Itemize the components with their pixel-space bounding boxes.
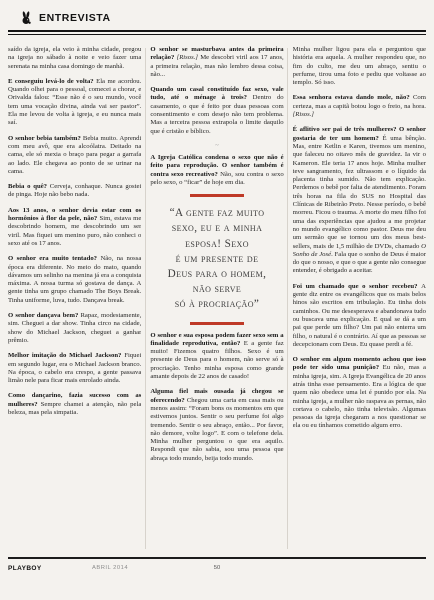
question-text: O senhor e sua esposa podem fazer sexo s… — [150, 332, 283, 347]
header-rule — [8, 30, 426, 35]
qa-paragraph: O senhor se masturbava antes da primeira… — [150, 46, 283, 79]
pull-quote-line: não serve — [152, 282, 281, 297]
article-columns: saído da igreja, ela veio à minha cidade… — [8, 46, 426, 551]
pull-quote-line: “A gente faz muito — [152, 206, 281, 221]
question-text: O senhor era muito tentado? — [8, 255, 100, 262]
column-divider — [145, 48, 146, 549]
qa-paragraph: Aos 13 anos, o senhor devia estar com os… — [8, 207, 141, 248]
qa-paragraph: O senhor em algum momento achou que isso… — [293, 356, 426, 431]
qa-paragraph: Minha mulher ligou para ela e perguntou … — [293, 46, 426, 87]
question-text: Melhor imitação do Michael Jackson? — [8, 352, 124, 359]
question-text: O senhor em algum momento achou que isso… — [293, 356, 426, 371]
pull-quote-line: só à procriação” — [152, 297, 281, 312]
section-title: ENTREVISTA — [39, 12, 111, 24]
magazine-page: ENTREVISTA saído da igreja, ela veio à m… — [0, 0, 434, 600]
page-number: 50 — [214, 565, 220, 571]
qa-paragraph: O senhor dançava bem? Rapaz, modestament… — [8, 312, 141, 345]
page-footer: PLAYBOY ABRIL 2014 50 — [8, 557, 426, 572]
qa-paragraph: É aflitivo ser pai de três mulheres? O s… — [293, 126, 426, 275]
playboy-bunny-icon — [20, 11, 32, 25]
pull-quote-line: Deus para o homem, — [152, 267, 281, 282]
column-divider — [287, 48, 288, 549]
qa-paragraph: saído da igreja, ela veio à minha cidade… — [8, 46, 141, 71]
pull-quote-line: é um presente de — [152, 252, 281, 267]
question-text: É aflitivo ser pai de três mulheres? O s… — [293, 126, 426, 141]
column-2: O senhor se masturbava antes da primeira… — [150, 46, 283, 551]
qa-paragraph: Alguma fiel mais ousada já chegou se ofe… — [150, 388, 283, 463]
qa-paragraph: A Igreja Católica condena o sexo que não… — [150, 154, 283, 187]
question-text: Como dançarino, fazia sucesso com as mul… — [8, 392, 141, 407]
question-text: Alguma fiel mais ousada já chegou se ofe… — [150, 388, 283, 403]
issue-date: ABRIL 2014 — [92, 565, 128, 571]
question-text: O senhor dançava bem? — [8, 312, 80, 319]
pull-quote-line: sexo, eu e a minha — [152, 221, 281, 236]
question-text: O senhor se masturbava antes da primeira… — [150, 46, 283, 61]
question-text: Essa senhora estava dando mole, não? — [293, 94, 413, 101]
question-text: E conseguiu levá-lo de volta? — [8, 78, 96, 85]
column-1: saído da igreja, ela veio à minha cidade… — [8, 46, 141, 551]
qa-paragraph: Melhor imitação do Michael Jackson? Fiqu… — [8, 352, 141, 385]
column-3: Minha mulher ligou para ela e perguntou … — [293, 46, 426, 551]
question-text: Foi um chamado que o senhor recebeu? — [293, 283, 421, 290]
qa-paragraph: O senhor era muito tentado? Não, na noss… — [8, 255, 141, 305]
question-text: Aos 13 anos, o senhor devia estar com os… — [8, 207, 141, 222]
qa-paragraph: Foi um chamado que o senhor recebeu? A g… — [293, 283, 426, 349]
question-text: A Igreja Católica condena o sexo que não… — [150, 154, 283, 178]
quote-rule-bottom — [190, 322, 244, 325]
magazine-name: PLAYBOY — [8, 565, 42, 572]
pull-quote: “A gente faz muitosexo, eu e a minhaespo… — [150, 206, 283, 312]
paragraph-ornament: ~ — [150, 143, 283, 149]
question-text: Quando um casal constituído faz sexo, va… — [150, 86, 283, 101]
qa-paragraph: Essa senhora estava dando mole, não? Com… — [293, 94, 426, 119]
quote-rule-top — [190, 194, 244, 197]
qa-paragraph: E conseguiu levá-lo de volta? Ela me aco… — [8, 78, 141, 128]
pull-quote-line: esposa! Sexo — [152, 237, 281, 252]
qa-paragraph: Quando um casal constituído faz sexo, va… — [150, 86, 283, 136]
qa-paragraph: O senhor bebia também? Bebia muito. Apre… — [8, 135, 141, 176]
qa-paragraph: O senhor e sua esposa podem fazer sexo s… — [150, 332, 283, 382]
section-header: ENTREVISTA — [8, 10, 426, 26]
question-text: O senhor bebia também? — [8, 135, 83, 142]
question-text: Bebia o quê? — [8, 183, 50, 190]
qa-paragraph: Como dançarino, fazia sucesso com as mul… — [8, 392, 141, 417]
qa-paragraph: Bebia o quê? Cerveja, conhaque. Nunca go… — [8, 183, 141, 200]
